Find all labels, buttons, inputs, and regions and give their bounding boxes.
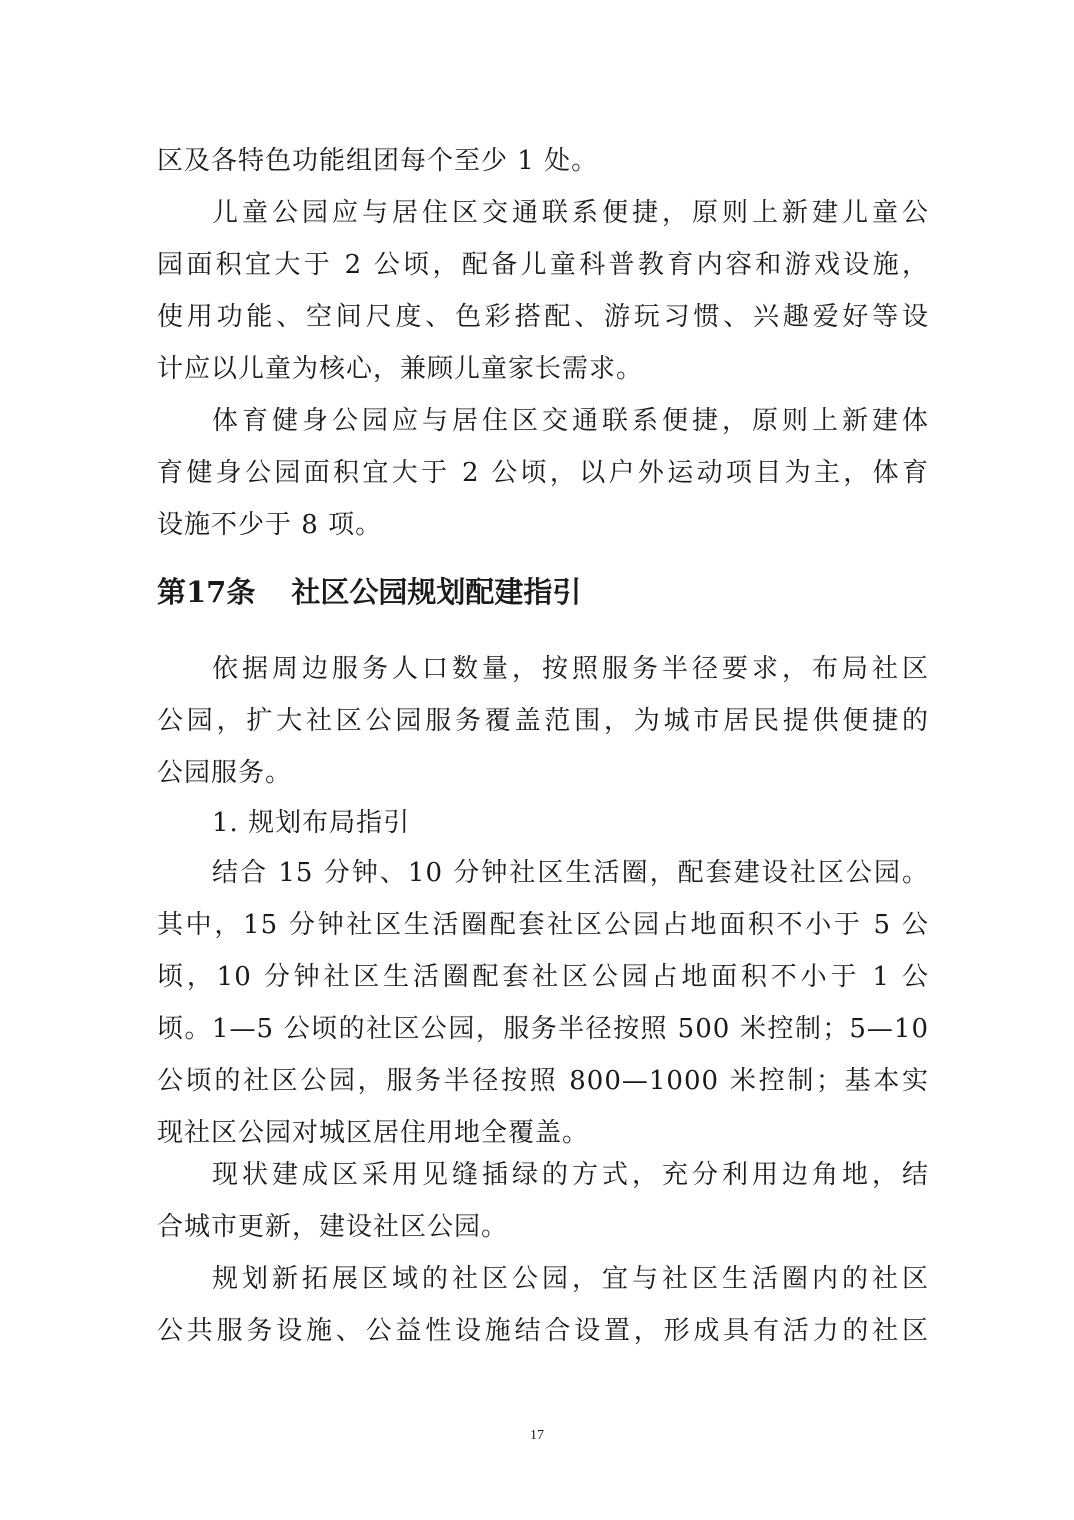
section-number: 第17条 xyxy=(157,575,255,609)
text-line: 公共服务设施、公益性设施结合设置，形成具有活力的社区 xyxy=(157,1316,929,1346)
text-line: 公园服务。 xyxy=(157,758,929,788)
text-line: 使用功能、空间尺度、色彩搭配、游玩习惯、兴趣爱好等设 xyxy=(157,302,929,332)
text-line: 儿童公园应与居住区交通联系便捷，原则上新建儿童公 xyxy=(212,198,929,228)
text-line: 体育健身公园应与居住区交通联系便捷，原则上新建体 xyxy=(212,406,929,436)
page-number: 17 xyxy=(0,1428,1074,1444)
text-line: 计应以儿童为核心，兼顾儿童家长需求。 xyxy=(157,354,929,384)
text-line: 结合 15 分钟、10 分钟社区生活圈，配套建设社区公园。 xyxy=(212,858,929,888)
text-line: 设施不少于 8 项。 xyxy=(157,510,929,540)
text-line: 1. 规划布局指引 xyxy=(212,808,929,838)
text-line: 其中，15 分钟社区生活圈配套社区公园占地面积不小于 5 公 xyxy=(157,910,929,940)
text-line: 区及各特色功能组团每个至少 1 处。 xyxy=(157,146,929,176)
section-title: 社区公园规划配建指引 xyxy=(291,575,581,609)
text-line: 公顷的社区公园，服务半径按照 800—1000 米控制；基本实 xyxy=(157,1066,929,1096)
text-line: 顷，10 分钟社区生活圈配套社区公园占地面积不小于 1 公 xyxy=(157,962,929,992)
section-heading: 第17条社区公园规划配建指引 xyxy=(157,570,581,611)
text-line: 育健身公园面积宜大于 2 公顷，以户外运动项目为主，体育 xyxy=(157,458,929,488)
text-line: 园面积宜大于 2 公顷，配备儿童科普教育内容和游戏设施， xyxy=(157,250,929,280)
text-line: 规划新拓展区域的社区公园，宜与社区生活圈内的社区 xyxy=(212,1264,929,1294)
text-line: 现社区公园对城区居住用地全覆盖。 xyxy=(157,1118,929,1148)
text-line: 合城市更新，建设社区公园。 xyxy=(157,1212,929,1242)
text-line: 现状建成区采用见缝插绿的方式，充分利用边角地，结 xyxy=(212,1160,929,1190)
text-line: 依据周边服务人口数量，按照服务半径要求，布局社区 xyxy=(212,654,929,684)
text-line: 公园，扩大社区公园服务覆盖范围，为城市居民提供便捷的 xyxy=(157,706,929,736)
document-page: 区及各特色功能组团每个至少 1 处。儿童公园应与居住区交通联系便捷，原则上新建儿… xyxy=(0,0,1074,1520)
text-line: 顷。1—5 公顷的社区公园，服务半径按照 500 米控制；5—10 xyxy=(157,1014,929,1044)
